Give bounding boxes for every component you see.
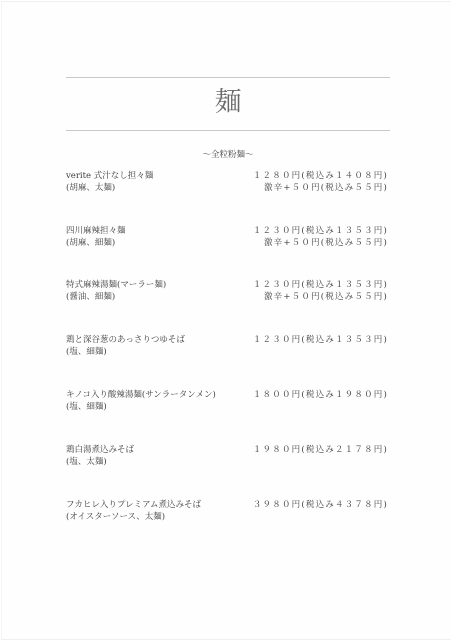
menu-item-price: １２３０円(税込み１３５３円) (253, 279, 388, 291)
menu-item: フカヒレ入りプレミアム煮込みそば ３９８０円(税込み４３７８円) (オイスターソ… (66, 499, 388, 529)
menu-item-name: 鶏白湯煮込みそば (66, 444, 134, 456)
menu-item: verite 式汁なし担々麺 １２８０円(税込み１４０８円) (胡麻、太麺) 激… (66, 170, 388, 200)
menu-item-option: 激辛+５０円(税込み５５円) (264, 182, 388, 194)
menu-item: 四川麻辣担々麺 １２３０円(税込み１３５３円) (胡麻、細麺) 激辛+５０円(税… (66, 225, 388, 255)
menu-item-option: 激辛+５０円(税込み５５円) (264, 237, 388, 249)
menu-item: 鶏白湯煮込みそば １９８０円(税込み２１７８円) (塩、太麺) (66, 444, 388, 474)
menu-item-name: verite 式汁なし担々麺 (66, 170, 153, 182)
menu-item-price: １８００円(税込み１９８０円) (253, 389, 388, 401)
menu-item-name: キノコ入り酸辣湯麺(サンラータンメン) (66, 389, 216, 401)
menu-item-note: (胡麻、細麺) (66, 237, 115, 249)
menu-item-name: 四川麻辣担々麺 (66, 225, 126, 237)
menu-item: キノコ入り酸辣湯麺(サンラータンメン) １８００円(税込み１９８０円) (塩、細… (66, 389, 388, 419)
menu-item-note: (胡麻、太麺) (66, 182, 115, 194)
menu-item-price: １２３０円(税込み１３５３円) (253, 225, 388, 237)
menu-item-price: １２８０円(税込み１４０８円) (253, 170, 388, 182)
title-bottom-divider (66, 130, 390, 131)
menu-item-name: 鶏と深谷葱のあっさりつゆそば (66, 334, 185, 346)
menu-item-name: フカヒレ入りプレミアム煮込みそば (66, 499, 201, 511)
menu-item-note: (醤油、細麺) (66, 291, 115, 303)
menu-item-price: ３９８０円(税込み４３７８円) (253, 499, 388, 511)
page-title: 麺 (2, 86, 452, 120)
menu-page: 麺 〜全粒粉麺〜 verite 式汁なし担々麺 １２８０円(税込み１４０８円) … (1, 1, 451, 640)
menu-item: 特式麻辣湯麺(マーラー麺) １２３０円(税込み１３５３円) (醤油、細麺) 激辛… (66, 279, 388, 309)
menu-item: 鶏と深谷葱のあっさりつゆそば １２３０円(税込み１３５３円) (塩、細麺) (66, 334, 388, 364)
section-subtitle: 〜全粒粉麺〜 (2, 149, 452, 161)
menu-item-note: (塩、太麺) (66, 456, 107, 468)
menu-item-note: (オイスターソース、太麺) (66, 511, 165, 523)
menu-item-price: １９８０円(税込み２１７８円) (253, 444, 388, 456)
menu-item-note: (塩、細麺) (66, 346, 107, 358)
menu-item-price: １２３０円(税込み１３５３円) (253, 334, 388, 346)
menu-item-note: (塩、細麺) (66, 401, 107, 413)
title-top-divider (66, 77, 390, 78)
menu-item-name: 特式麻辣湯麺(マーラー麺) (66, 279, 166, 291)
menu-item-option: 激辛+５０円(税込み５５円) (264, 291, 388, 303)
